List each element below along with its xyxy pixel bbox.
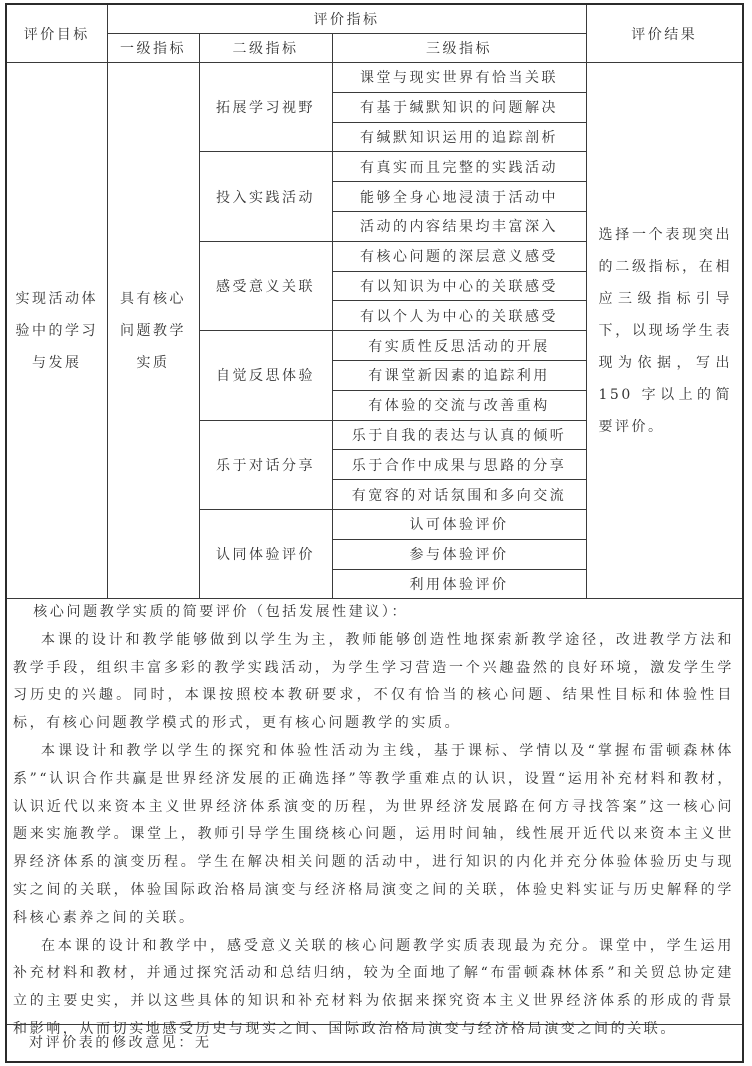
goal-cell: 实现活动体验中的学习与发展 xyxy=(7,63,107,599)
level3-cell: 有课堂新因素的追踪利用 xyxy=(332,360,586,390)
header-goal: 评价目标 xyxy=(7,5,107,63)
level2-cell: 感受意义关联 xyxy=(199,241,332,330)
level2-cell: 拓展学习视野 xyxy=(199,63,332,152)
header-level1: 一级指标 xyxy=(107,34,199,63)
level3-cell: 有以个人为中心的关联感受 xyxy=(332,301,586,331)
level2-cell: 乐于对话分享 xyxy=(199,420,332,509)
level2-cell: 投入实践活动 xyxy=(199,152,332,241)
level3-cell: 有实质性反思活动的开展 xyxy=(332,331,586,361)
level3-cell: 能够全身心地浸渍于活动中 xyxy=(332,182,586,212)
comment-title: 核心问题教学实质的简要评价（包括发展性建议）： xyxy=(13,599,734,627)
level3-cell: 课堂与现实世界有恰当关联 xyxy=(332,63,586,93)
level2-cell: 自觉反思体验 xyxy=(199,331,332,420)
level3-cell: 参与体验评价 xyxy=(332,539,586,569)
header-result: 评价结果 xyxy=(586,5,742,63)
evaluation-form: 评价目标 评价指标 评价结果 一级指标 二级指标 三级指标 实现活动体验中的学习… xyxy=(5,3,744,1063)
comment-paragraph: 本课的设计和教学能够做到以学生为主，教师能够创造性地探索新教学途径，改进教学方法… xyxy=(13,627,734,738)
header-indicators: 评价指标 xyxy=(107,5,586,34)
level1-cell: 具有核心问题教学实质 xyxy=(107,63,199,599)
level3-cell: 有以知识为中心的关联感受 xyxy=(332,271,586,301)
comment-paragraph: 本课设计和教学以学生的探究和体验性活动为主线，基于课标、学情以及“掌握布雷顿森林… xyxy=(13,738,734,933)
level3-cell: 认可体验评价 xyxy=(332,509,586,539)
level3-cell: 有宽容的对话氛围和多向交流 xyxy=(332,480,586,510)
evaluation-comment: 核心问题教学实质的简要评价（包括发展性建议）： 本课的设计和教学能够做到以学生为… xyxy=(7,599,742,1025)
result-cell: 选择一个表现突出的二级指标，在相应三级指标引导下，以现场学生表现为依据，写出 1… xyxy=(586,63,742,599)
level3-cell: 活动的内容结果均丰富深入 xyxy=(332,211,586,241)
level3-cell: 有真实而且完整的实践活动 xyxy=(332,152,586,182)
level3-cell: 乐于合作中成果与思路的分享 xyxy=(332,450,586,480)
header-level2: 二级指标 xyxy=(199,34,332,63)
revision-note: 对评价表的修改意见：无 xyxy=(7,1025,742,1061)
level2-cell: 认同体验评价 xyxy=(199,509,332,598)
level3-cell: 有体验的交流与改善重构 xyxy=(332,390,586,420)
level3-cell: 利用体验评价 xyxy=(332,569,586,599)
level3-cell: 有核心问题的深层意义感受 xyxy=(332,241,586,271)
header-level3: 三级指标 xyxy=(332,34,586,63)
level3-cell: 有缄默知识运用的追踪剖析 xyxy=(332,122,586,152)
level3-cell: 有基于缄默知识的问题解决 xyxy=(332,92,586,122)
evaluation-table: 评价目标 评价指标 评价结果 一级指标 二级指标 三级指标 实现活动体验中的学习… xyxy=(7,5,742,599)
level3-cell: 乐于自我的表达与认真的倾听 xyxy=(332,420,586,450)
